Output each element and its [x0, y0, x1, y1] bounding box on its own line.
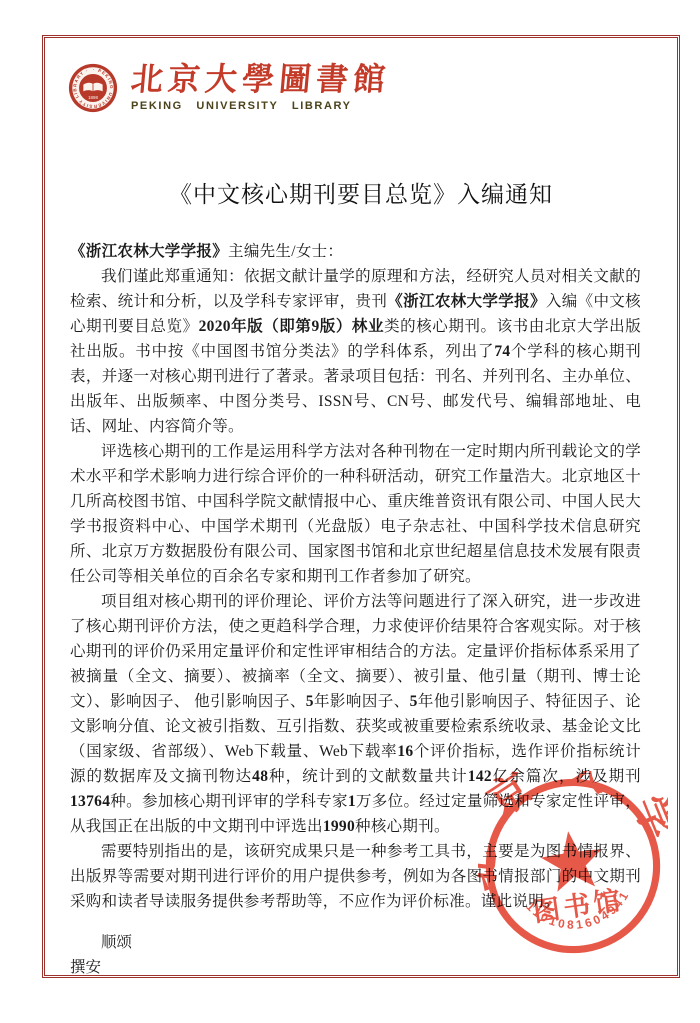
text-run: 亿余篇次，涉及期刊	[492, 768, 641, 785]
text-run: 年影响因子、	[314, 693, 410, 710]
text-run: 5	[306, 693, 314, 710]
text-run: 5	[410, 693, 418, 710]
library-name-calligraphy: 北京大學圖書館	[130, 63, 392, 97]
body-paragraphs: 《浙江农林大学学报》主编先生/女士：我们谨此郑重通知：依据文献计量学的原理和方法…	[70, 239, 641, 914]
pku-library-seal-icon: · PEKING UNIVERSITY LIBRARY · 1898	[67, 62, 119, 114]
text-run: 种核心期刊。	[355, 818, 450, 835]
paragraph: 需要特别指出的是，该研究成果只是一种参考工具书，主要是为图书情报界、出版界等需要…	[70, 839, 641, 914]
text-run: 《浙江农林大学学报》	[387, 293, 546, 310]
closing-zhuanan: 撰安	[70, 955, 641, 978]
text-run: 《浙江农林大学学报》	[70, 243, 228, 260]
paragraph: 项目组对核心期刊的评价理论、评价方法等问题进行了深入研究，进一步改进了核心期刊评…	[70, 589, 641, 839]
text-run: 种，统计到的文献数量共计	[268, 768, 468, 785]
text-run: 2020年版（即第9版）林业	[199, 318, 384, 335]
text-run: 需要特别指出的是，该研究成果只是一种参考工具书，主要是为图书情报界、出版界等需要…	[70, 843, 641, 910]
seal-year: 1898	[88, 95, 98, 100]
text-run: 48	[252, 768, 268, 785]
letterhead-text: 北京大學圖書館 PEKING UNIVERSITY LIBRARY	[131, 62, 390, 112]
text-run: 种。参加核心期刊评审的学科专家	[110, 793, 348, 810]
page-border-frame: · PEKING UNIVERSITY LIBRARY · 1898 北京大學圖…	[42, 35, 680, 978]
text-run: 1	[348, 793, 356, 810]
paragraph: 评选核心期刊的工作是运用科学方法对各种刊物在一定时期内所刊载论文的学术水平和学术…	[70, 439, 641, 589]
text-run: 主编先生/女士：	[228, 243, 343, 260]
paragraph: 《浙江农林大学学报》主编先生/女士：	[70, 239, 641, 264]
text-run: 1990	[323, 818, 355, 835]
letterhead: · PEKING UNIVERSITY LIBRARY · 1898 北京大學圖…	[67, 62, 677, 114]
text-run: 13764	[70, 793, 110, 810]
text-run: 评选核心期刊的工作是运用科学方法对各种刊物在一定时期内所刊载论文的学术水平和学术…	[70, 443, 641, 585]
paragraph: 我们谨此郑重通知：依据文献计量学的原理和方法，经研究人员对相关文献的检索、统计和…	[70, 264, 641, 439]
text-run: 142	[468, 768, 492, 785]
closing-shunsong: 顺颂	[70, 930, 641, 955]
page-title: 《中文核心期刊要目总览》入编通知	[45, 176, 677, 209]
text-run: 16	[397, 743, 413, 760]
closing-block: 顺颂 撰安 《中文核心期刊要目总览》2020 年版编委会 2021 年 3 月	[70, 930, 641, 978]
text-run: 74	[494, 343, 510, 360]
library-name-english: PEKING UNIVERSITY LIBRARY	[131, 100, 390, 112]
